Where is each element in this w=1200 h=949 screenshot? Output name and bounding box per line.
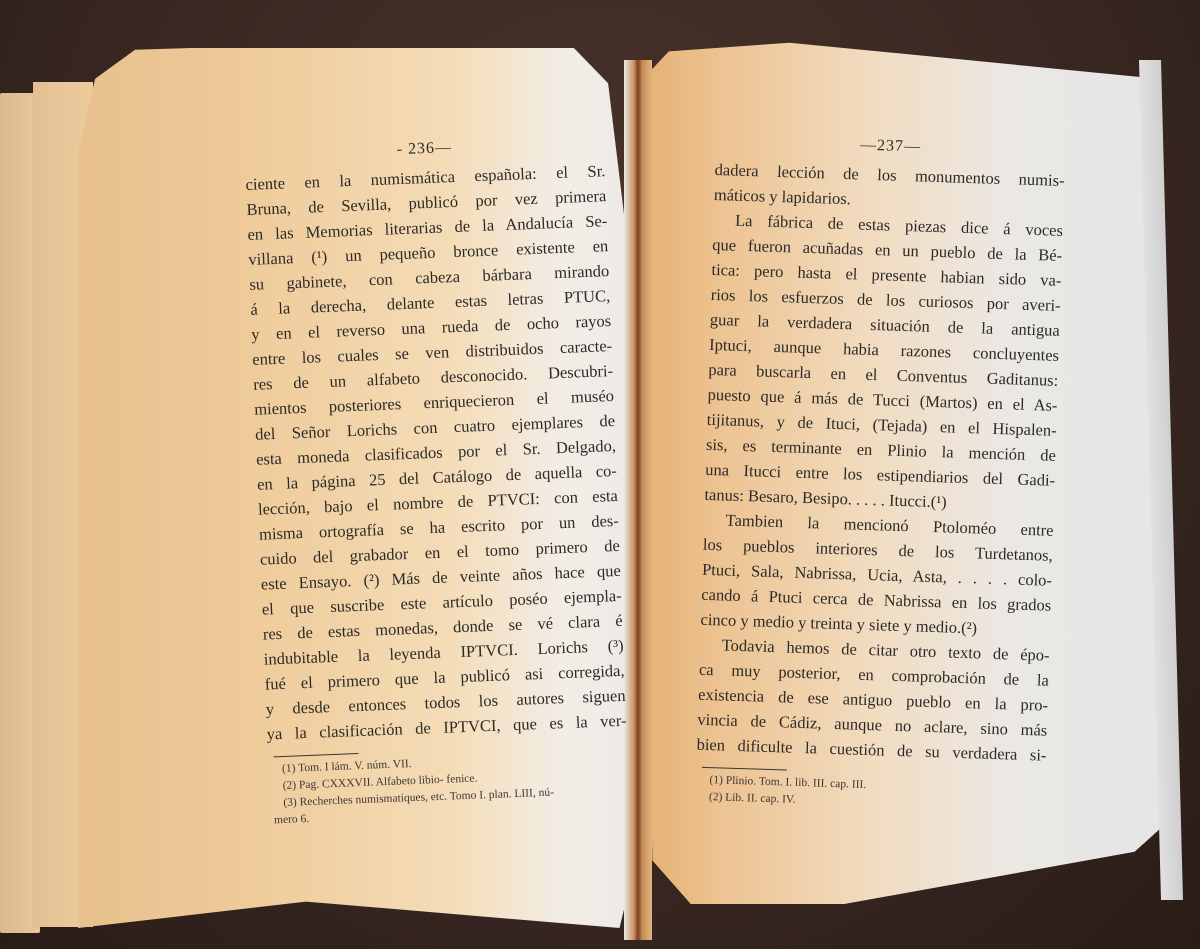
left-page-text: - 236— ciente en la numismática española… bbox=[244, 129, 630, 829]
right-page-text: —237— dadera lección de los monumentos n… bbox=[695, 128, 1066, 817]
footnote-divider bbox=[274, 753, 359, 757]
footnote-divider bbox=[702, 767, 787, 771]
